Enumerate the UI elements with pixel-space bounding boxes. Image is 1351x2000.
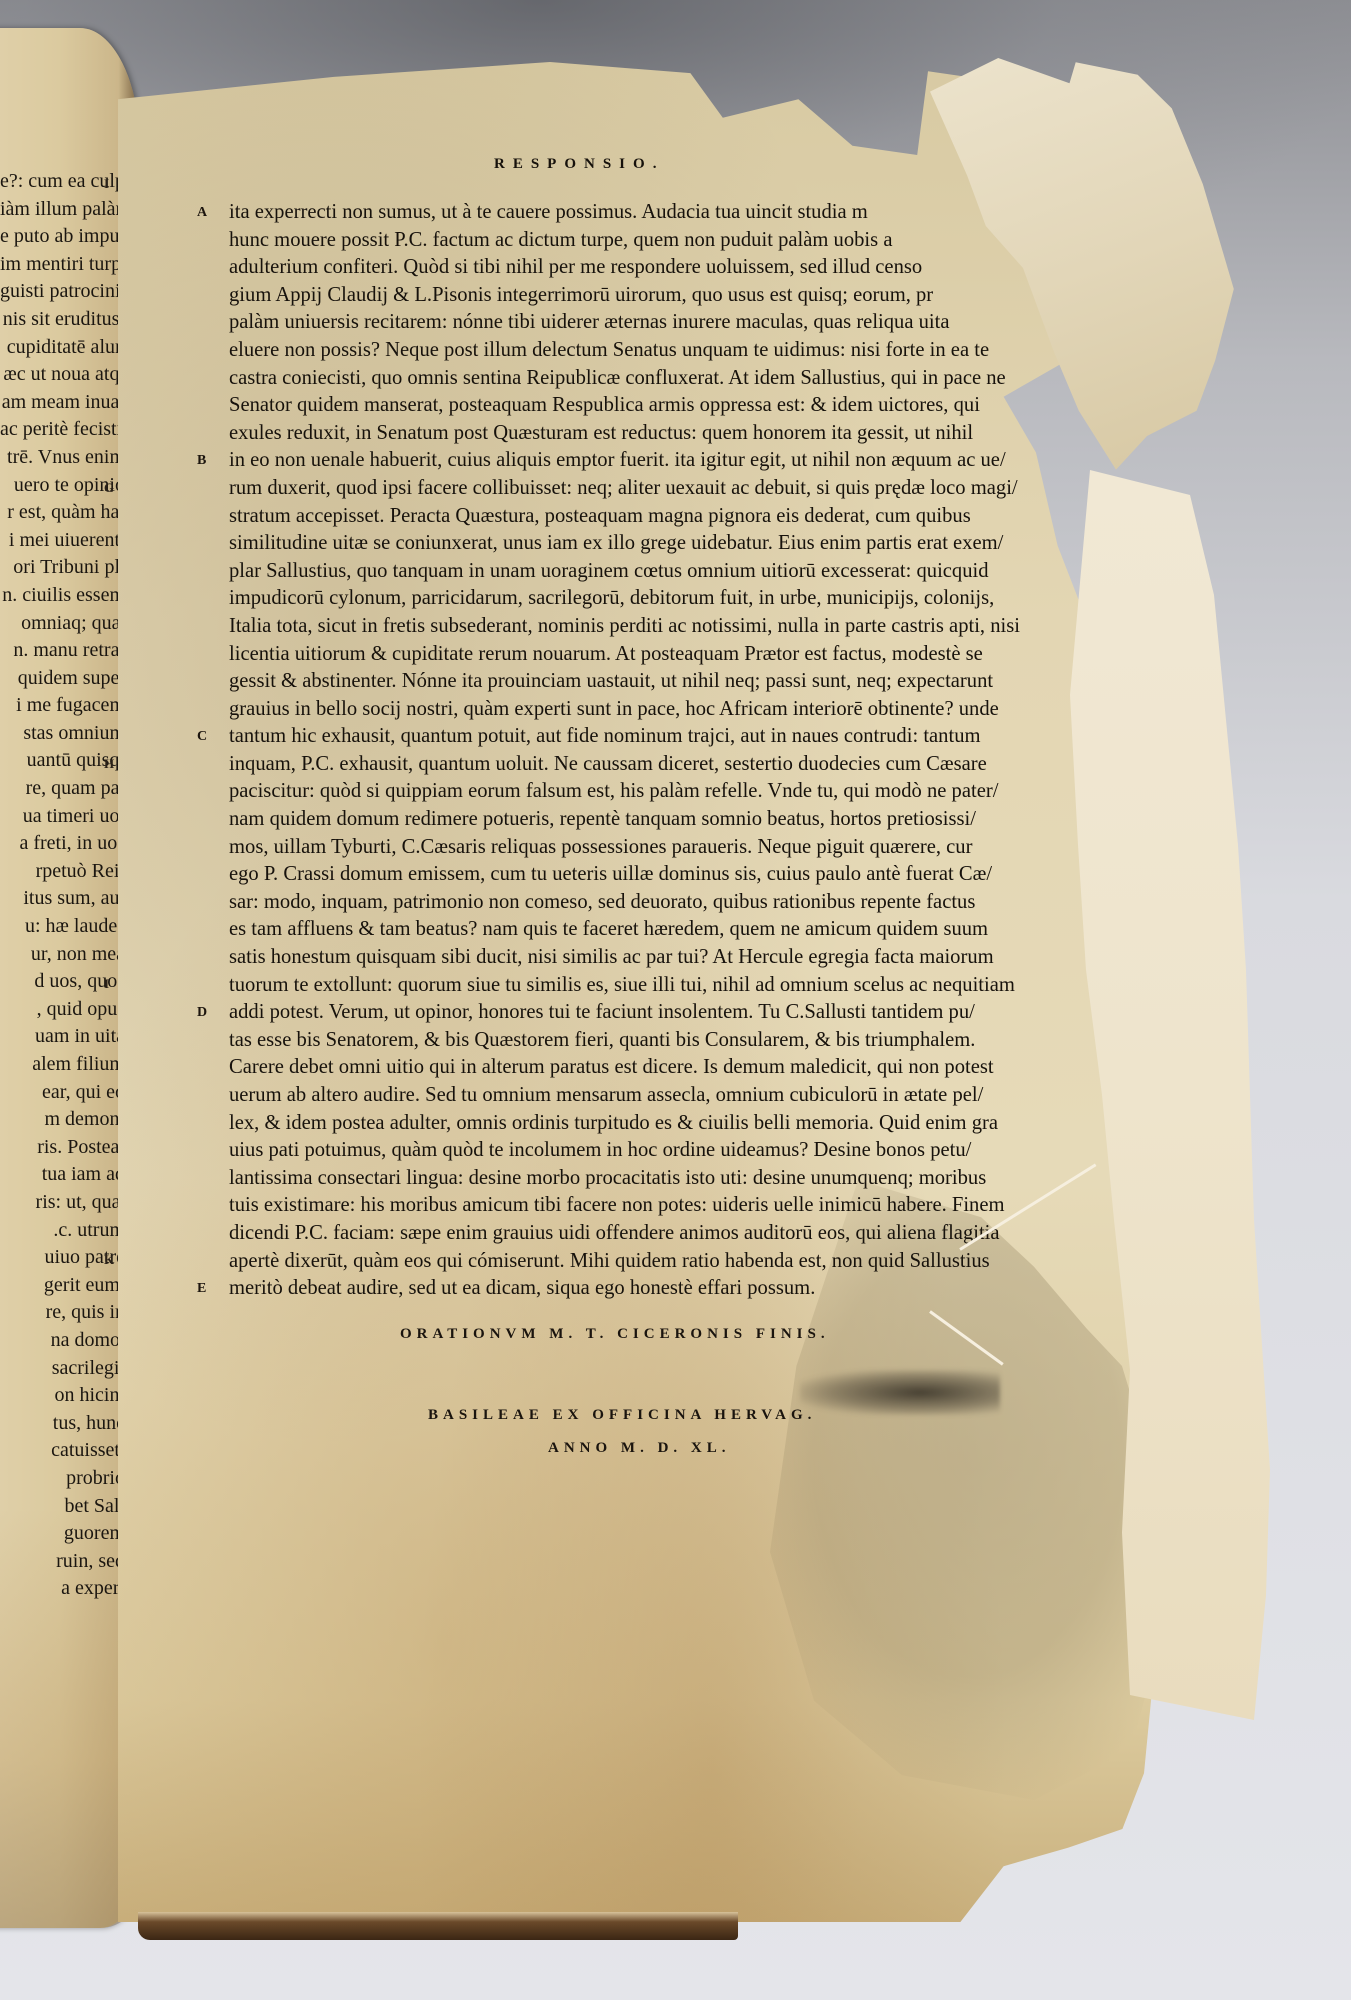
left-text-line: æc ut noua atq; (0, 361, 125, 389)
text-line: gessit & abstinenter. Nónne ita prouinci… (229, 668, 1089, 696)
left-text-line: m demon/ (0, 1106, 125, 1134)
left-text-line: on hicin/ (0, 1382, 125, 1410)
text-line: tas esse bis Senatorem, & bis Quæstorem … (229, 1027, 1089, 1055)
text-line: nam quidem domum redimere potueris, repe… (229, 806, 1089, 834)
text-line: inquam, P.C. exhausit, quantum uoluit. N… (229, 751, 1089, 779)
left-text-line: catuisset. (0, 1437, 125, 1465)
left-margin-section-letter: G (104, 480, 114, 496)
colophon-year-line: ANNO M. D. XL. (548, 1440, 731, 1457)
text-line: ita experrecti non sumus, ut à te cauere… (229, 199, 1089, 227)
left-margin-section-letter: H (104, 756, 114, 772)
text-line: adulterium confiteri. Quòd si tibi nihil… (229, 254, 1089, 282)
text-line: rum duxerit, quod ipsi facere collibuiss… (229, 475, 1089, 503)
left-text-line: quidem supe/ (0, 665, 125, 693)
text-line: paciscitur: quòd si quippiam eorum falsu… (229, 778, 1089, 806)
colophon-printer-line: BASILEAE EX OFFICINA HERVAG. (428, 1407, 816, 1424)
left-text-line: na domo, (0, 1327, 125, 1355)
text-line: Italia tota, sicut in fretis subsederant… (229, 613, 1089, 641)
left-text-line: .c. utrum (0, 1217, 125, 1245)
left-text-line: e puto ab impu/ (0, 223, 125, 251)
left-text-line: sacrilegij (0, 1355, 125, 1383)
left-text-line: iàm illum palàm (0, 196, 125, 224)
left-text-line: bet Sal/ (0, 1493, 125, 1521)
text-line: stratum accepisset. Peracta Quæstura, po… (229, 503, 1089, 531)
left-text-line: probrio (0, 1465, 125, 1493)
text-line: similitudine uitæ se coniunxerat, unus i… (229, 530, 1089, 558)
left-text-line: tua iam ad (0, 1161, 125, 1189)
left-text-line: re, quis in (0, 1299, 125, 1327)
left-text-line: r est, quàm ha/ (0, 499, 125, 527)
left-margin-section-letter: K (104, 1252, 114, 1268)
left-text-line: stas omnium (0, 720, 125, 748)
text-line: es tam affluens & tam beatus? nam quis t… (229, 916, 1089, 944)
left-text-line: itus sum, aut (0, 885, 125, 913)
left-text-line: ua timeri uo/ (0, 803, 125, 831)
left-text-line: n. manu retra/ (0, 637, 125, 665)
left-text-line: u: hæ laudes (0, 913, 125, 941)
margin-section-letter: A (197, 205, 207, 221)
left-text-line: ur, non mea (0, 941, 125, 969)
text-line: Carere debet omni uitio qui in alterum p… (229, 1054, 1089, 1082)
left-text-line: i mei uiuerent, (0, 527, 125, 555)
left-text-line: a freti, in uos (0, 830, 125, 858)
margin-section-letter: C (197, 729, 207, 745)
text-line: grauius in bello socij nostri, quàm expe… (229, 696, 1089, 724)
running-head: RESPONSIO. (494, 156, 664, 173)
left-margin-section-letter: I (104, 976, 109, 992)
left-text-line: re, quam pa/ (0, 775, 125, 803)
left-text-line: ac peritè fecisti. (0, 416, 125, 444)
left-text-line: gerit eum, (0, 1272, 125, 1300)
page-bottom-edge (138, 1912, 738, 1940)
text-line: tuorum te extollunt: quorum siue tu simi… (229, 972, 1089, 1000)
text-line: uius pati potuimus, quàm quòd te incolum… (229, 1137, 1089, 1165)
text-line: castra coniecisti, quo omnis sentina Rei… (229, 365, 1089, 393)
left-text-line: tus, hunc (0, 1410, 125, 1438)
text-line: hunc mouere possit P.C. factum ac dictum… (229, 227, 1089, 255)
left-margin-section-letter: I (104, 176, 109, 192)
left-text-line: ris. Postea/ (0, 1134, 125, 1162)
text-line: satis honestum quisquam sibi ducit, nisi… (229, 944, 1089, 972)
text-line: eluere non possis? Neque post illum dele… (229, 337, 1089, 365)
colophon-end-line: ORATIONVM M. T. CICERONIS FINIS. (400, 1326, 830, 1343)
text-line: licentia uitiorum & cupiditate rerum nou… (229, 641, 1089, 669)
text-line: sar: modo, inquam, patrimonio non comeso… (229, 889, 1089, 917)
text-line: ego P. Crassi domum emissem, cum tu uete… (229, 861, 1089, 889)
left-text-line: alem filium (0, 1051, 125, 1079)
text-line: apertè dixerūt, quàm eos qui cómiserunt.… (229, 1248, 1089, 1276)
left-text-line: ruin, sed (0, 1548, 125, 1576)
text-line: tuis existimare: his moribus amicum tibi… (229, 1192, 1089, 1220)
left-text-line: cupiditatē alun (0, 334, 125, 362)
left-text-line: ear, qui eo (0, 1079, 125, 1107)
margin-section-letter: B (197, 453, 206, 469)
margin-section-letter: D (197, 1005, 207, 1021)
left-text-line: guisti patrocinio. (0, 278, 125, 306)
text-line: plar Sallustius, quo tanquam in unam uor… (229, 558, 1089, 586)
left-text-line: n. ciuilis essem (0, 582, 125, 610)
text-line: lantissima consectari lingua: desine mor… (229, 1165, 1089, 1193)
text-line: mos, uillam Tyburti, C.Cæsaris reliquas … (229, 834, 1089, 862)
left-text-line: a exper/ (0, 1575, 125, 1603)
left-text-line: i me fugacem (0, 692, 125, 720)
text-line: Senator quidem manserat, posteaquam Resp… (229, 392, 1089, 420)
left-text-line: ori Tribuni pl. (0, 554, 125, 582)
text-line: tantum hic exhausit, quantum potuit, aut… (229, 723, 1089, 751)
text-line: lex, & idem postea adulter, omnis ordini… (229, 1110, 1089, 1138)
left-text-line: trē. Vnus enim (0, 444, 125, 472)
text-line: exules reduxit, in Senatum post Quæstura… (229, 420, 1089, 448)
left-text-line: ris: ut, quæ (0, 1189, 125, 1217)
left-text-line: guorem (0, 1520, 125, 1548)
main-text-block: ita experrecti non sumus, ut à te cauere… (229, 199, 1089, 1303)
text-line: gium Appij Claudij & L.Pisonis integerri… (229, 282, 1089, 310)
margin-section-letter: E (197, 1281, 206, 1297)
left-text-line: , quid opus (0, 996, 125, 1024)
text-line: palàm uniuersis recitarem: nónne tibi ui… (229, 309, 1089, 337)
left-text-line: am meam inua/ (0, 389, 125, 417)
text-line: in eo non uenale habuerit, cuius aliquis… (229, 447, 1089, 475)
left-text-line: nis sit eruditus: (0, 306, 125, 334)
left-page-text-column: e?: cum ea culpas,iàm illum palàme puto … (0, 168, 125, 1603)
left-text-line: im mentiri turpe (0, 251, 125, 279)
left-text-line: omniaq; quæ (0, 610, 125, 638)
left-text-line: uam in uita (0, 1023, 125, 1051)
text-line: meritò debeat audire, sed ut ea dicam, s… (229, 1275, 1089, 1303)
text-line: addi potest. Verum, ut opinor, honores t… (229, 999, 1089, 1027)
ink-smudge (800, 1370, 1000, 1415)
text-line: uerum ab altero audire. Sed tu omnium me… (229, 1082, 1089, 1110)
text-line: impudicorū cylonum, parricidarum, sacril… (229, 585, 1089, 613)
text-line: dicendi P.C. faciam: sæpe enim grauius u… (229, 1220, 1089, 1248)
left-text-line: rpetuò Rei/ (0, 858, 125, 886)
